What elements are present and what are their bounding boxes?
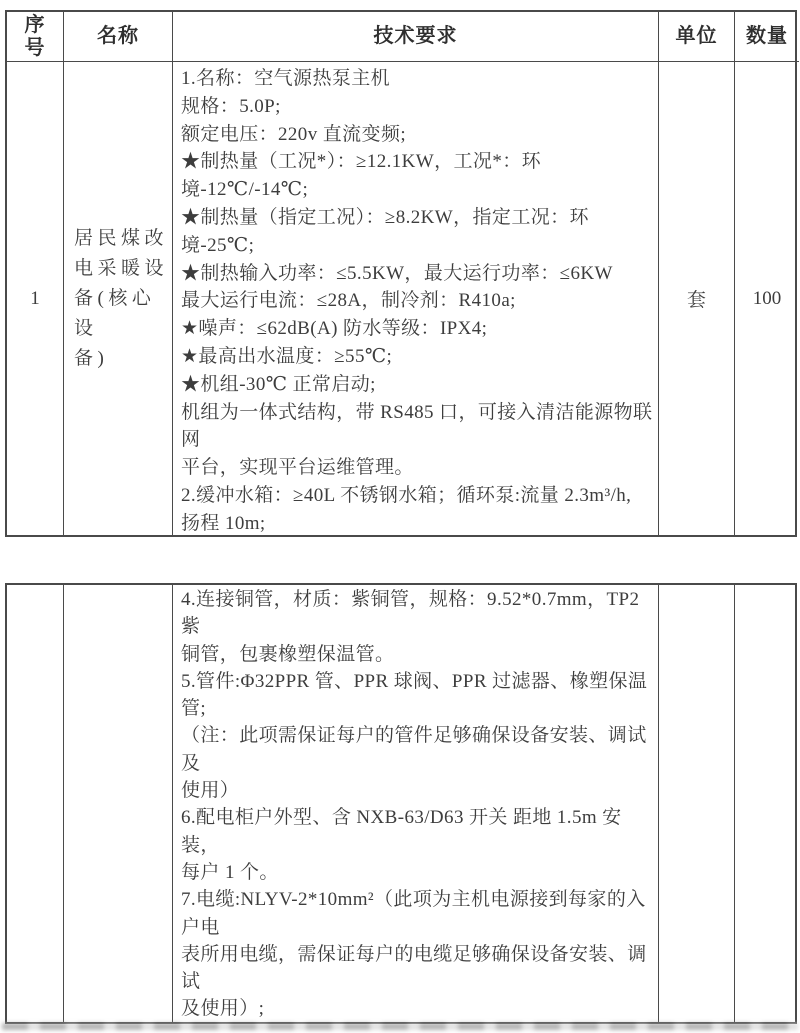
header-tech-requirements: 技术要求 <box>172 12 658 62</box>
row1-tech-requirements: 1.名称：空气源热泵主机 规格：5.0P; 额定电压：220v 直流变频; ★制… <box>172 62 658 535</box>
row1-seq: 1 <box>7 62 63 535</box>
header-seq: 序 号 <box>7 12 63 62</box>
row1-unit: 套 <box>658 62 734 535</box>
row2-name-empty <box>63 585 172 1022</box>
row2-seq-empty <box>7 585 63 1022</box>
row2-quantity-empty <box>734 585 799 1022</box>
row2-unit-empty <box>658 585 734 1022</box>
row2-tech-requirements: 4.连接铜管，材质：紫铜管，规格：9.52*0.7mm，TP2 紫 铜管，包裹橡… <box>172 585 658 1022</box>
row1-equipment-name: 居民煤改 电采暖设 备(核心设 备) <box>63 62 172 535</box>
spec-table-main: 序 号 名称 技术要求 单位 数量 1 居民煤改 电采暖设 备(核心设 备) 1… <box>5 10 797 537</box>
cut-off-next-row-blur <box>2 1023 798 1030</box>
header-quantity: 数量 <box>734 12 799 62</box>
header-name: 名称 <box>63 12 172 62</box>
row1-quantity: 100 <box>734 62 799 535</box>
spec-table-continued: 4.连接铜管，材质：紫铜管，规格：9.52*0.7mm，TP2 紫 铜管，包裹橡… <box>5 583 797 1024</box>
header-unit: 单位 <box>658 12 734 62</box>
